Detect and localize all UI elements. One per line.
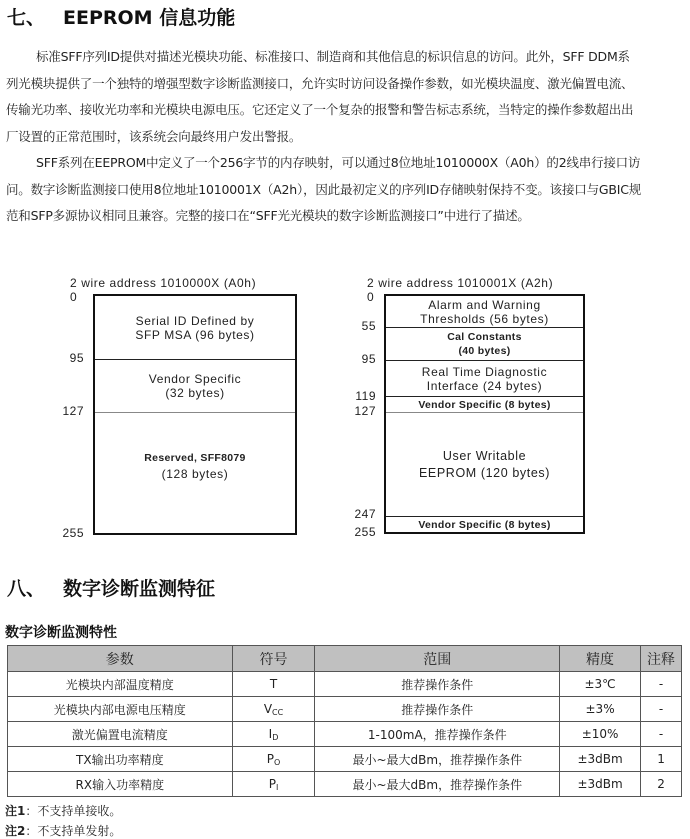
cell-range: 最小~最大dBm，推荐操作条件 xyxy=(315,772,560,797)
cell-symbol: PO xyxy=(232,747,315,772)
paragraph-2: SFF系列在EEPROM中定义了一个256字节的内存映射，可以通过8位地址101… xyxy=(6,150,642,230)
a2-addr-95: 95 xyxy=(342,352,376,366)
cell-accuracy: ±3dBm xyxy=(560,772,641,797)
cell-param: 光模块内部温度精度 xyxy=(8,672,233,697)
a2-addr-247: 247 xyxy=(342,507,376,521)
header-range: 范围 xyxy=(315,646,560,672)
a2-segment-vendor-specific-1: Vendor Specific (8 bytes) xyxy=(386,397,583,412)
cell-note: 2 xyxy=(641,772,682,797)
a0-seg0-line2: SFP MSA (96 bytes) xyxy=(135,328,254,342)
cell-param: TX输出功率精度 xyxy=(8,747,233,772)
symbol-main: V xyxy=(264,702,272,716)
table-caption: 数字诊断监测特性 xyxy=(5,622,117,642)
footnote-2-label: 注2 xyxy=(5,824,25,838)
table-row: 光模块内部电源电压精度 VCC 推荐操作条件 ±3% - xyxy=(8,697,682,722)
symbol-main: T xyxy=(270,677,277,691)
symbol-sub: CC xyxy=(272,708,283,717)
a2-seg0-line2: Thresholds (56 bytes) xyxy=(420,312,549,326)
cell-range: 推荐操作条件 xyxy=(315,697,560,722)
a2-segment-vendor-specific-2: Vendor Specific (8 bytes) xyxy=(386,517,583,532)
a0-seg0-line1: Serial ID Defined by xyxy=(135,314,254,328)
section-7-title: EEPROM 信息功能 xyxy=(63,7,235,29)
symbol-sub: O xyxy=(274,758,280,767)
table-row: 光模块内部温度精度 T 推荐操作条件 ±3℃ - xyxy=(8,672,682,697)
cell-range: 1-100mA，推荐操作条件 xyxy=(315,722,560,747)
a0-seg1-line1: Vendor Specific xyxy=(149,372,241,386)
cell-param: 激光偏置电流精度 xyxy=(8,722,233,747)
a0-seg2-line2: (128 bytes) xyxy=(144,467,245,481)
a2-seg2-line1: Real Time Diagnostic xyxy=(422,365,547,379)
symbol-main: P xyxy=(267,752,274,766)
a2-seg4-line1: User Writable xyxy=(419,448,550,465)
a0-addr-255: 255 xyxy=(50,526,84,540)
a2-box: Alarm and WarningThresholds (56 bytes) C… xyxy=(384,294,585,534)
a2-title: 2 wire address 1010001X (A2h) xyxy=(367,276,553,290)
cell-symbol: PI xyxy=(232,772,315,797)
section-8-number: 八、 xyxy=(7,574,63,601)
cell-symbol: VCC xyxy=(232,697,315,722)
footnote-2: 注2：不支持单发射。 xyxy=(5,822,121,839)
a0-seg2-line1: Reserved, SFF8079 xyxy=(144,451,245,465)
footnote-1-text: ：不支持单接收。 xyxy=(25,804,121,818)
table-row: 激光偏置电流精度 ID 1-100mA，推荐操作条件 ±10% - xyxy=(8,722,682,747)
footnote-2-text: ：不支持单发射。 xyxy=(25,824,121,838)
section-8-heading: 八、数字诊断监测特征 xyxy=(7,574,215,601)
table-row: TX输出功率精度 PO 最小~最大dBm，推荐操作条件 ±3dBm 1 xyxy=(8,747,682,772)
header-symbol: 符号 xyxy=(232,646,315,672)
paragraph-2-text: SFF系列在EEPROM中定义了一个256字节的内存映射，可以通过8位地址101… xyxy=(6,155,641,223)
cell-accuracy: ±3℃ xyxy=(560,672,641,697)
cell-note: - xyxy=(641,672,682,697)
section-7-number: 七、 xyxy=(7,3,63,30)
a2-seg3-line1: Vendor Specific (8 bytes) xyxy=(418,398,550,412)
section-8-title: 数字诊断监测特征 xyxy=(63,578,215,600)
a2-segment-realtime-diagnostic: Real Time DiagnosticInterface (24 bytes) xyxy=(386,361,583,397)
section-7-heading: 七、EEPROM 信息功能 xyxy=(7,3,235,30)
cell-symbol: ID xyxy=(232,722,315,747)
header-param: 参数 xyxy=(8,646,233,672)
paragraph-1: 标准SFF序列ID提供对描述光模块功能、标准接口、制造商和其他信息的标识信息的访… xyxy=(6,44,642,150)
cell-accuracy: ±10% xyxy=(560,722,641,747)
a2-seg1-line2: (40 bytes) xyxy=(447,344,522,358)
header-accuracy: 精度 xyxy=(560,646,641,672)
a2-segment-cal-constants: Cal Constants(40 bytes) xyxy=(386,328,583,360)
table-row: RX输入功率精度 PI 最小~最大dBm，推荐操作条件 ±3dBm 2 xyxy=(8,772,682,797)
a0-box: Serial ID Defined bySFP MSA (96 bytes) V… xyxy=(93,294,297,535)
a2-seg5-line1: Vendor Specific (8 bytes) xyxy=(418,518,550,532)
cell-note: - xyxy=(641,697,682,722)
a0-title: 2 wire address 1010000X (A0h) xyxy=(70,276,256,290)
a0-segment-reserved: Reserved, SFF8079(128 bytes) xyxy=(95,413,295,533)
cell-param: 光模块内部电源电压精度 xyxy=(8,697,233,722)
a2-addr-55: 55 xyxy=(342,319,376,333)
a2-seg0-line1: Alarm and Warning xyxy=(420,298,549,312)
cell-note: 1 xyxy=(641,747,682,772)
a0-addr-127: 127 xyxy=(50,404,84,418)
footnote-1-label: 注1 xyxy=(5,804,25,818)
cell-range: 最小~最大dBm，推荐操作条件 xyxy=(315,747,560,772)
a2-segment-user-writable: User WritableEEPROM (120 bytes) xyxy=(386,413,583,516)
a2-addr-127: 127 xyxy=(342,404,376,418)
a2-segment-alarm-thresholds: Alarm and WarningThresholds (56 bytes) xyxy=(386,296,583,327)
a2-seg4-line2: EEPROM (120 bytes) xyxy=(419,465,550,482)
a0-addr-95: 95 xyxy=(50,351,84,365)
symbol-main: P xyxy=(269,777,276,791)
a2-seg2-line2: Interface (24 bytes) xyxy=(422,379,547,393)
symbol-sub: I xyxy=(276,783,278,792)
symbol-sub: D xyxy=(272,733,278,742)
cell-note: - xyxy=(641,722,682,747)
a0-segment-serial-id: Serial ID Defined bySFP MSA (96 bytes) xyxy=(95,296,295,359)
a2-seg1-line1: Cal Constants xyxy=(447,330,522,344)
paragraph-1-text: 标准SFF序列ID提供对描述光模块功能、标准接口、制造商和其他信息的标识信息的访… xyxy=(6,49,633,144)
a0-seg1-line2: (32 bytes) xyxy=(149,386,241,400)
a0-segment-vendor-specific: Vendor Specific(32 bytes) xyxy=(95,360,295,412)
cell-symbol: T xyxy=(232,672,315,697)
a2-addr-255: 255 xyxy=(342,525,376,539)
cell-accuracy: ±3% xyxy=(560,697,641,722)
cell-accuracy: ±3dBm xyxy=(560,747,641,772)
footnote-1: 注1：不支持单接收。 xyxy=(5,802,121,819)
table-header-row: 参数 符号 范围 精度 注释 xyxy=(8,646,682,672)
cell-param: RX输入功率精度 xyxy=(8,772,233,797)
cell-range: 推荐操作条件 xyxy=(315,672,560,697)
ddm-spec-table: 参数 符号 范围 精度 注释 光模块内部温度精度 T 推荐操作条件 ±3℃ - … xyxy=(7,645,682,797)
a2-addr-119: 119 xyxy=(342,389,376,403)
header-note: 注释 xyxy=(641,646,682,672)
